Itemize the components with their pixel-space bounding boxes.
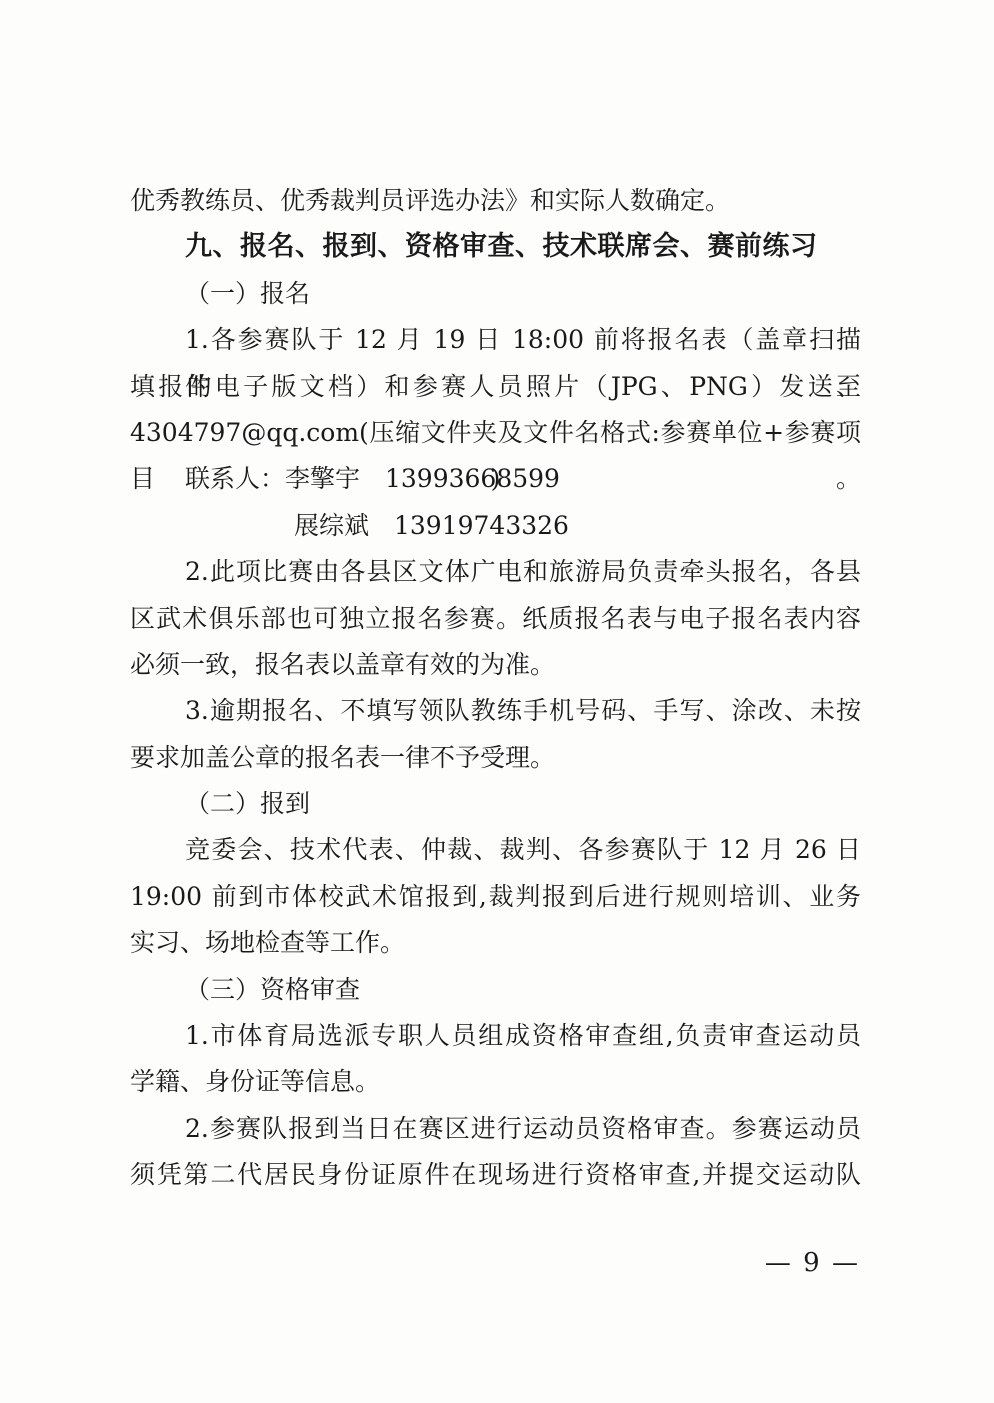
text-line: 展综斌 13919743326 xyxy=(130,503,861,549)
text-line: 19:00 前到市体校武术馆报到,裁判报到后进行规则培训、业务 xyxy=(130,874,861,920)
text-line: （一）报名 xyxy=(130,271,861,317)
document-body: 优秀教练员、优秀裁判员评选办法》和实际人数确定。九、报名、报到、资格审查、技术联… xyxy=(130,178,861,1199)
text-line: 优秀教练员、优秀裁判员评选办法》和实际人数确定。 xyxy=(130,178,861,224)
text-line: 4304797@qq.com(压缩文件夹及文件名格式:参赛单位+参赛项目)。 xyxy=(130,410,861,456)
text-line: 3.逾期报名、不填写领队教练手机号码、手写、涂改、未按 xyxy=(130,688,861,734)
text-line: 要求加盖公章的报名表一律不予受理。 xyxy=(130,735,861,781)
text-line: 1.市体育局选派专职人员组成资格审查组,负责审查运动员 xyxy=(130,1013,861,1059)
text-line: 2.参赛队报到当日在赛区进行运动员资格审查。参赛运动员 xyxy=(130,1106,861,1152)
text-line: （三）资格审查 xyxy=(130,967,861,1013)
text-line: 填报的电子版文档）和参赛人员照片（JPG、PNG）发送至 xyxy=(130,364,861,410)
text-line: 学籍、身份证等信息。 xyxy=(130,1059,861,1105)
text-line: 竞委会、技术代表、仲裁、裁判、各参赛队于 12 月 26 日 xyxy=(130,827,861,873)
text-line: 区武术俱乐部也可独立报名参赛。纸质报名表与电子报名表内容 xyxy=(130,596,861,642)
text-line: 必须一致，报名表以盖章有效的为准。 xyxy=(130,642,861,688)
text-line: （二）报到 xyxy=(130,781,861,827)
page-number: — 9 — xyxy=(765,1248,860,1278)
text-line: 2.此项比赛由各县区文体广电和旅游局负责牵头报名，各县 xyxy=(130,549,861,595)
section-heading: 九、报名、报到、资格审查、技术联席会、赛前练习 xyxy=(130,224,861,270)
text-line: 1.各参赛队于 12 月 19 日 18:00 前将报名表（盖章扫描件、 xyxy=(130,317,861,363)
document-page: 优秀教练员、优秀裁判员评选办法》和实际人数确定。九、报名、报到、资格审查、技术联… xyxy=(0,0,994,1403)
text-line: 实习、场地检查等工作。 xyxy=(130,920,861,966)
text-line: 须凭第二代居民身份证原件在现场进行资格审查,并提交运动队 xyxy=(130,1152,861,1198)
